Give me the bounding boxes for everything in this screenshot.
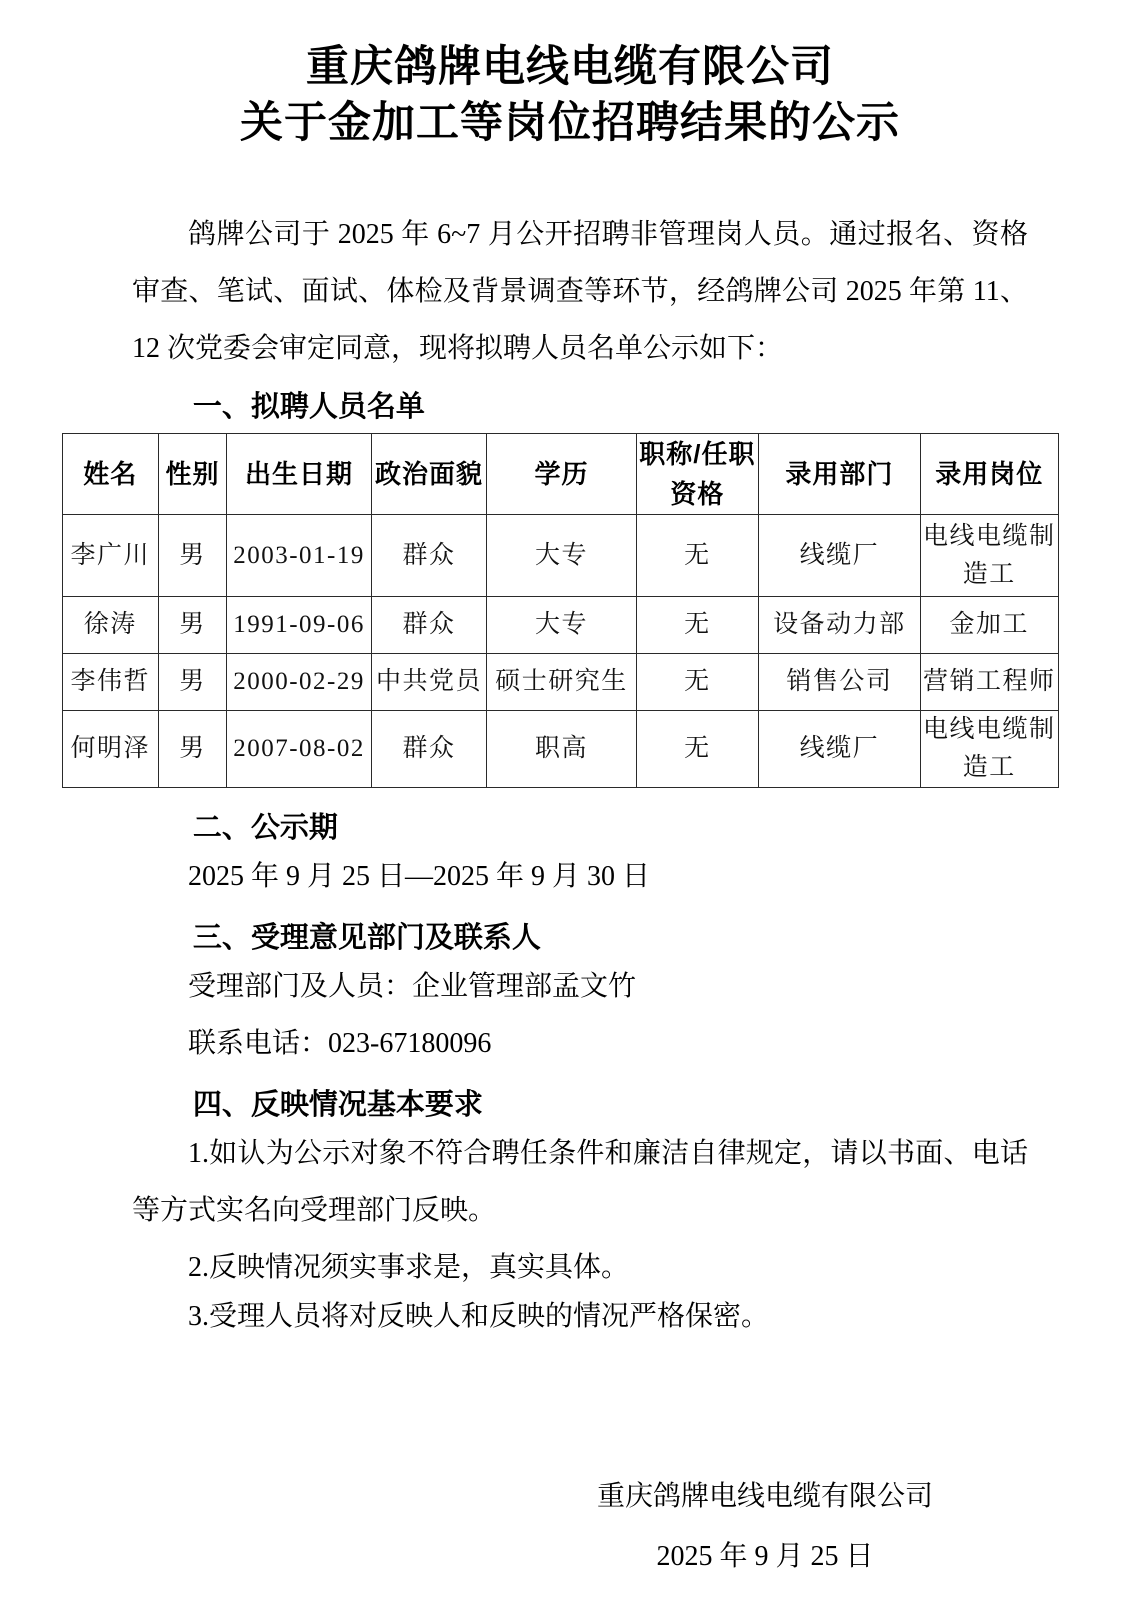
cell-hiring-department: 线缆厂 [759, 515, 920, 597]
cell-education: 大专 [487, 597, 636, 654]
accepting-department: 受理部门及人员：企业管理部孟文竹 [132, 958, 1028, 1015]
cell-name: 李广川 [63, 515, 159, 597]
signature-date: 2025 年 9 月 25 日 [656, 1527, 873, 1587]
cell-hiring-position: 营销工程师 [920, 654, 1059, 711]
table-header-political-status: 政治面貌 [371, 434, 487, 515]
cell-name: 李伟哲 [63, 654, 159, 711]
table-header-hiring-position: 录用岗位 [920, 434, 1059, 515]
document-title: 重庆鸽牌电线电缆有限公司 关于金加工等岗位招聘结果的公示 [62, 40, 1078, 152]
sections-block: 二、公示期 2025 年 9 月 25 日—2025 年 9 月 30 日 三、… [62, 808, 1078, 1345]
publicity-period: 2025 年 9 月 25 日—2025 年 9 月 30 日 [132, 848, 1028, 905]
signature-company: 重庆鸽牌电线电缆有限公司 [597, 1467, 933, 1527]
cell-political-status: 群众 [371, 597, 487, 654]
cell-title-qualification: 无 [636, 711, 759, 788]
cell-gender: 男 [158, 711, 227, 788]
cell-hiring-department: 销售公司 [759, 654, 920, 711]
cell-name: 何明泽 [63, 711, 159, 788]
cell-hiring-position: 电线电缆制造工 [920, 711, 1059, 788]
table-header-title-qualification: 职称/任职资格 [636, 434, 759, 515]
cell-title-qualification: 无 [636, 597, 759, 654]
cell-political-status: 中共党员 [371, 654, 487, 711]
document-page: 重庆鸽牌电线电缆有限公司 关于金加工等岗位招聘结果的公示 鸽牌公司于 2025 … [0, 0, 1140, 1587]
cell-hiring-position: 金加工 [920, 597, 1059, 654]
document-title-line-2: 关于金加工等岗位招聘结果的公示 [62, 96, 1078, 152]
cell-gender: 男 [158, 515, 227, 597]
candidates-table: 姓名 性别 出生日期 政治面貌 学历 职称/任职资格 录用部门 录用岗位 李广川… [62, 433, 1059, 788]
section-3-heading: 三、受理意见部门及联系人 [132, 918, 1028, 958]
table-header-row: 姓名 性别 出生日期 政治面貌 学历 职称/任职资格 录用部门 录用岗位 [63, 434, 1059, 515]
table-row: 何明泽 男 2007-08-02 群众 职高 无 线缆厂 电线电缆制造工 [63, 711, 1059, 788]
table-header-name: 姓名 [63, 434, 159, 515]
cell-birthdate: 1991-09-06 [227, 597, 371, 654]
cell-title-qualification: 无 [636, 515, 759, 597]
table-header-hiring-department: 录用部门 [759, 434, 920, 515]
section-1-heading: 一、拟聘人员名单 [132, 387, 1028, 427]
table-row: 徐涛 男 1991-09-06 群众 大专 无 设备动力部 金加工 [63, 597, 1059, 654]
cell-hiring-department: 线缆厂 [759, 711, 920, 788]
cell-education: 职高 [487, 711, 636, 788]
table-row: 李伟哲 男 2000-02-29 中共党员 硕士研究生 无 销售公司 营销工程师 [63, 654, 1059, 711]
cell-birthdate: 2007-08-02 [227, 711, 371, 788]
cell-birthdate: 2003-01-19 [227, 515, 371, 597]
cell-education: 硕士研究生 [487, 654, 636, 711]
cell-political-status: 群众 [371, 711, 487, 788]
intro-paragraph: 鸽牌公司于 2025 年 6~7 月公开招聘非管理岗人员。通过报名、资格审查、笔… [132, 206, 1028, 377]
cell-birthdate: 2000-02-29 [227, 654, 371, 711]
intro-block: 鸽牌公司于 2025 年 6~7 月公开招聘非管理岗人员。通过报名、资格审查、笔… [62, 206, 1078, 427]
section-2-heading: 二、公示期 [132, 808, 1028, 848]
contact-phone: 联系电话：023-67180096 [132, 1015, 1028, 1072]
cell-gender: 男 [158, 597, 227, 654]
signature-block: 重庆鸽牌电线电缆有限公司 2025 年 9 月 25 日 [597, 1467, 933, 1587]
cell-education: 大专 [487, 515, 636, 597]
requirement-item-1: 1.如认为公示对象不符合聘任条件和廉洁自律规定，请以书面、电话等方式实名向受理部… [132, 1125, 1028, 1239]
cell-hiring-department: 设备动力部 [759, 597, 920, 654]
document-title-line-1: 重庆鸽牌电线电缆有限公司 [62, 40, 1078, 96]
cell-hiring-position: 电线电缆制造工 [920, 515, 1059, 597]
cell-name: 徐涛 [63, 597, 159, 654]
requirement-item-3: 3.受理人员将对反映人和反映的情况严格保密。 [132, 1288, 1028, 1345]
cell-title-qualification: 无 [636, 654, 759, 711]
table-row: 李广川 男 2003-01-19 群众 大专 无 线缆厂 电线电缆制造工 [63, 515, 1059, 597]
table-header-education: 学历 [487, 434, 636, 515]
table-header-birthdate: 出生日期 [227, 434, 371, 515]
cell-political-status: 群众 [371, 515, 487, 597]
table-header-gender: 性别 [158, 434, 227, 515]
section-4-heading: 四、反映情况基本要求 [132, 1085, 1028, 1125]
cell-gender: 男 [158, 654, 227, 711]
